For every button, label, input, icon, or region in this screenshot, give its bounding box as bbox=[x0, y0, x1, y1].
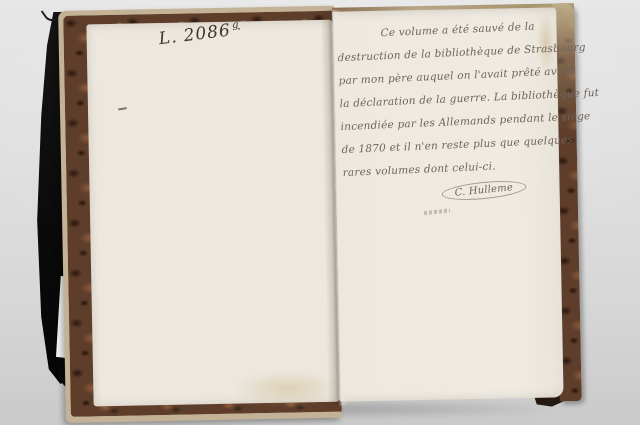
faint-pencil-mark bbox=[424, 208, 450, 215]
photo-scene: L. 2086g Ce volume a été sauvé de la des… bbox=[0, 0, 640, 425]
signature-encircled: C. Hulleme bbox=[441, 178, 527, 203]
page-stain bbox=[231, 370, 344, 408]
shelfmark-superscript: g bbox=[231, 19, 240, 31]
open-book: L. 2086g Ce volume a été sauvé de la des… bbox=[58, 1, 582, 423]
ink-speck bbox=[118, 107, 127, 110]
left-pastedown-page: L. 2086g bbox=[86, 20, 339, 407]
right-flyleaf-page: Ce volume a été sauvé de la destruction … bbox=[332, 7, 563, 401]
shelfmark-number: L. 2086 bbox=[158, 20, 232, 49]
shelfmark-inscription: L. 2086g bbox=[158, 19, 242, 49]
handwritten-inscription: Ce volume a été sauvé de la destruction … bbox=[336, 15, 556, 208]
